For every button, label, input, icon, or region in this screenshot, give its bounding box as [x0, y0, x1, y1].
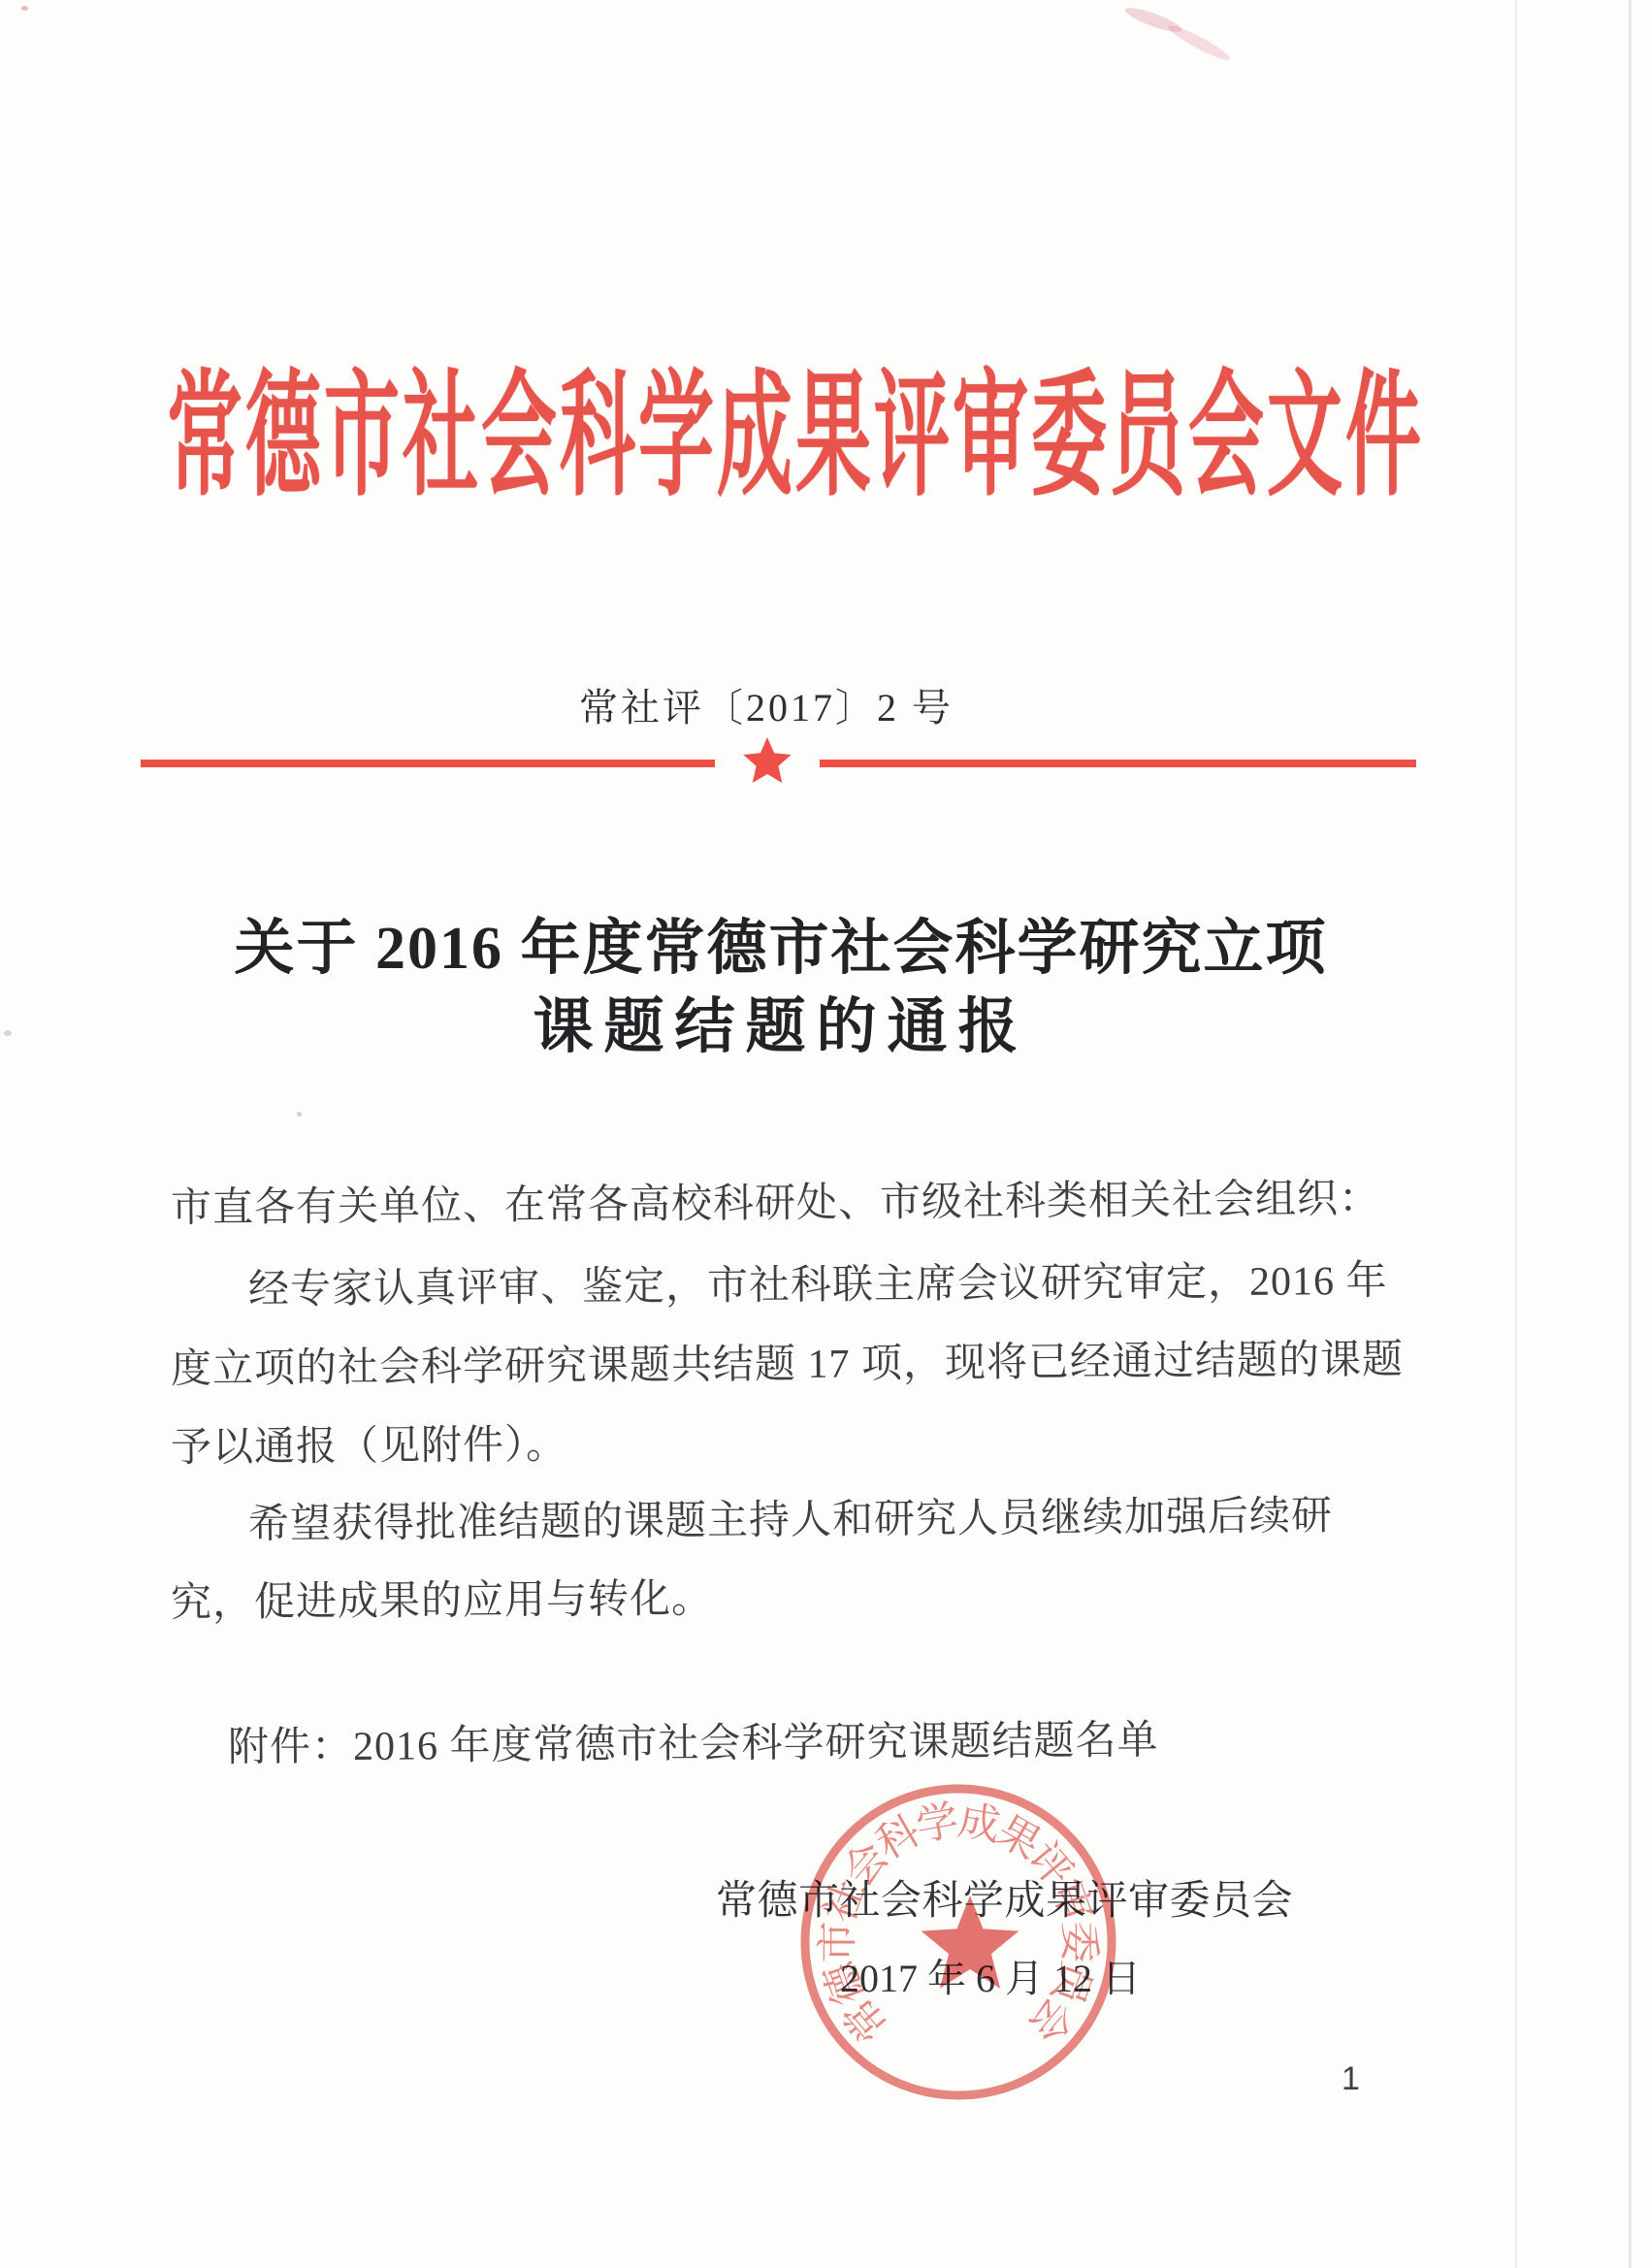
body-line: 予以通报（见附件）。 [171, 1412, 567, 1474]
body-line: 经专家认真评审、鉴定，市社科联主席会议研究审定，2016 年 [248, 1248, 1388, 1315]
salutation-line: 市直各有关单位、在常各高校科研处、市级社科类相关社会组织： [171, 1166, 1380, 1234]
attachment-line: 附件：2016 年度常德市社会科学研究课题结题名单 [228, 1707, 1159, 1773]
doc-number: 常社评〔2017〕2 号 [427, 677, 1106, 732]
letterhead-org-title: 常德市社会科学成果评审委员会文件 [0, 323, 1591, 527]
body-line: 究，促进成果的应用与转化。 [171, 1567, 713, 1629]
letterhead-org-title-text: 常德市社会科学成果评审委员会文件 [167, 327, 1424, 523]
doc-title-line2: 课题结题的通报 [150, 988, 1411, 1067]
pink-scan-smudge [1165, 21, 1232, 64]
official-red-seal: 常德市社会科学成果评审委员会 [793, 1777, 1123, 2107]
red-divider-rule [141, 728, 1421, 800]
doc-title-line1: 关于 2016 年度常德市社会科学研究立项 [150, 910, 1411, 988]
gray-scan-speck [4, 1030, 12, 1036]
red-ink-speck [21, 6, 28, 11]
rule-right-segment [820, 760, 1416, 767]
doc-title: 关于 2016 年度常德市社会科学研究立项 课题结题的通报 [150, 910, 1411, 1067]
seal-star-icon [921, 1895, 1019, 1989]
rule-left-segment [141, 760, 715, 767]
page-number: 1 [1342, 2060, 1360, 2098]
body-line: 度立项的社会科学研究课题共结题 17 项，现将已经通过结题的课题 [171, 1327, 1404, 1395]
gray-scan-speck [297, 1112, 302, 1117]
star-icon [743, 737, 791, 783]
seal-ring-text: 常德市社会科学成果评审委员会 [816, 1798, 1101, 2049]
scan-edge-line [1629, 0, 1632, 2268]
body-line: 希望获得批准结题的课题主持人和研究人员继续加强后续研 [248, 1483, 1333, 1550]
scanned-official-document: 常德市社会科学成果评审委员会文件 常社评〔2017〕2 号 关于 2016 年度… [0, 0, 1649, 2268]
